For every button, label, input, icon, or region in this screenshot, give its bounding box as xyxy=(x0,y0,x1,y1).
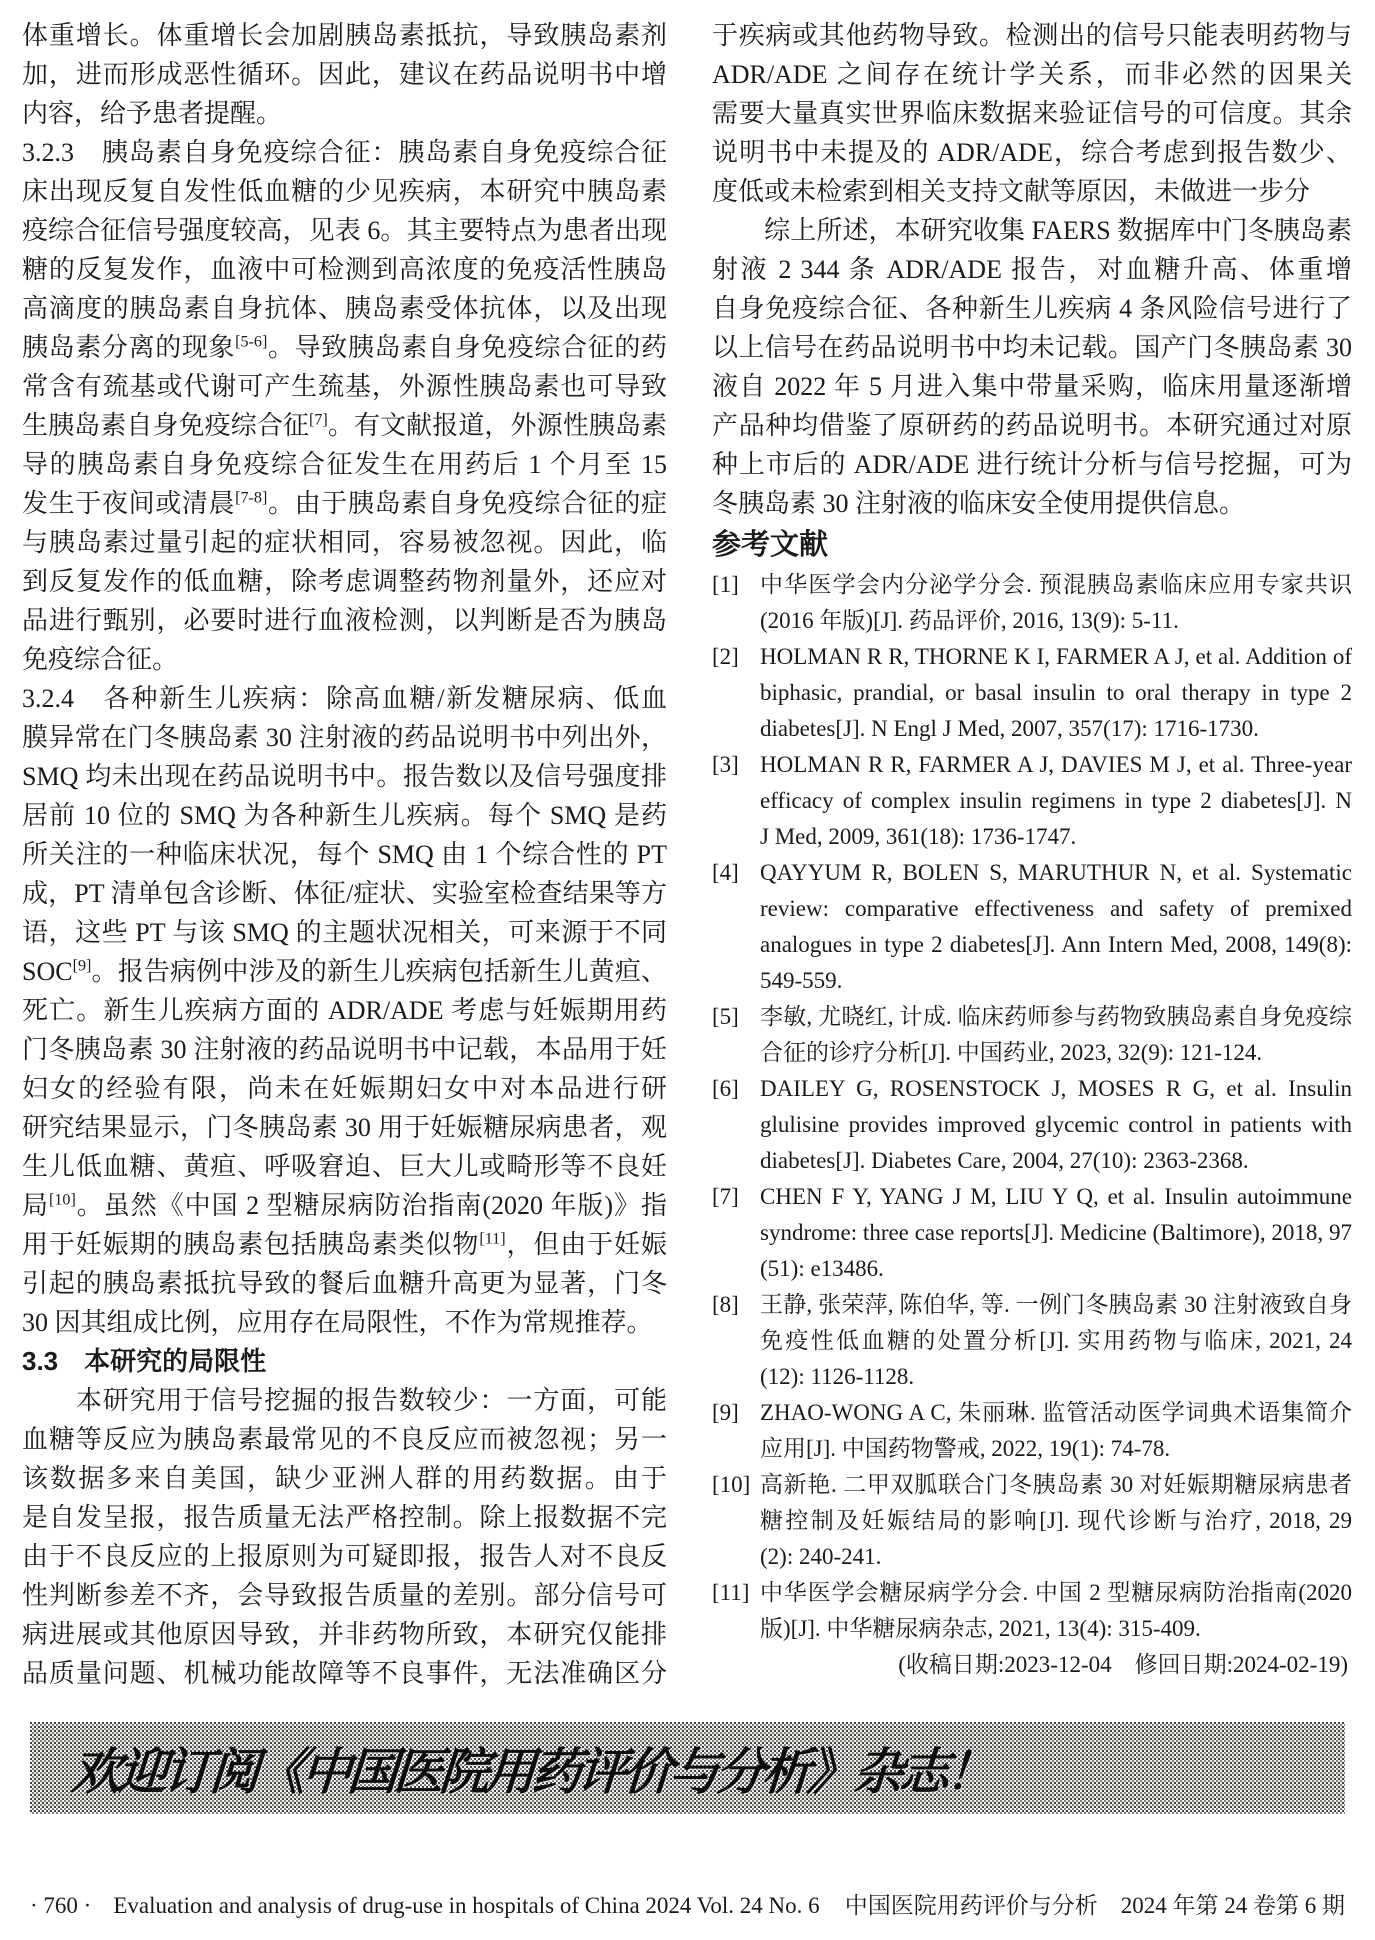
reference-line: 免疫性低血糖的处置分析[J]. 实用药物与临床, 2021, 24 xyxy=(760,1323,1352,1359)
citation-superscript: [11] xyxy=(479,1230,505,1247)
text-line: 用于妊娠期的胰岛素包括胰岛素类似物[11]，但由于妊娠期胎盘 xyxy=(22,1225,667,1264)
text-line: 床出现反复自发性低血糖的少见疾病，本研究中胰岛素自身免 xyxy=(22,172,667,211)
text-line: 3.2.3 胰岛素自身免疫综合征：胰岛素自身免疫综合征是临 xyxy=(22,133,667,172)
journal-page: { "left_column": { "lines": [ {"t": "体重增… xyxy=(0,0,1375,1940)
text-line: 说明书中未提及的 ADR/ADE，综合考虑到报告数少、信号强 xyxy=(712,133,1352,172)
reference-line: (51): e13486. xyxy=(760,1251,1352,1287)
reference-body: 李敏, 尤晓红, 计成. 临床药师参与药物致胰岛素自身免疫综合征的诊疗分析[J]… xyxy=(760,999,1352,1071)
reference-label: [10] xyxy=(712,1467,760,1575)
text-line: 死亡。新生儿疾病方面的 ADR/ADE 考虑与妊娠期用药有关。 xyxy=(22,991,667,1030)
reference-body: 中华医学会内分泌学分会. 预混胰岛素临床应用专家共识(2016 年版)[J]. … xyxy=(760,567,1352,639)
received-revised-dates: (收稿日期:2023-12-04 修回日期:2024-02-19) xyxy=(712,1647,1352,1683)
reference-line: 应用[J]. 中国药物警戒, 2022, 19(1): 74-78. xyxy=(760,1431,1352,1467)
reference-line: 中华医学会内分泌学分会. 预混胰岛素临床应用专家共识 xyxy=(760,567,1352,603)
text-line: 高滴度的胰岛素自身抗体、胰岛素受体抗体，以及出现 C 肽与 xyxy=(22,289,667,328)
left-column: 体重增长。体重增长会加剧胰岛素抵抗，导致胰岛素剂量增加，进而形成恶性循环。因此，… xyxy=(22,16,667,1693)
reference-item: [5]李敏, 尤晓红, 计成. 临床药师参与药物致胰岛素自身免疫综合征的诊疗分析… xyxy=(712,999,1352,1071)
right-column: 于疾病或其他药物导致。检测出的信号只能表明药物与ADR/ADE 之间存在统计学关… xyxy=(712,16,1352,1693)
page-footer: · 760 · Evaluation and analysis of drug-… xyxy=(30,1890,1345,1922)
citation-superscript: [7] xyxy=(309,411,328,428)
reference-line: analogues in type 2 diabetes[J]. Ann Int… xyxy=(760,927,1352,963)
page-number: · 760 · xyxy=(30,1890,91,1922)
text-line: 加，进而形成恶性循环。因此，建议在药品说明书中增加该项 xyxy=(22,55,667,94)
text-line: 是自发呈报，报告质量无法严格控制。除上报数据不完整外， xyxy=(22,1498,667,1537)
text-line: 综上所述，本研究收集 FAERS 数据库中门冬胰岛素 30 注 xyxy=(712,211,1352,250)
text-line: SMQ 均未出现在药品说明书中。报告数以及信号强度排序均 xyxy=(22,757,667,796)
text-line: 局[10]。虽然《中国 2 型糖尿病防治指南(2020 年版)》指出可应 xyxy=(22,1186,667,1225)
text-line: 居前 10 位的 SMQ 为各种新生儿疾病。每个 SMQ 是药物安全 xyxy=(22,796,667,835)
text-line: 冬胰岛素 30 注射液的临床安全使用提供信息。 xyxy=(712,484,1352,523)
reference-body: CHEN F Y, YANG J M, LIU Y Q, et al. Insu… xyxy=(760,1179,1352,1287)
text-line: 到反复发作的低血糖，除考虑调整药物剂量外，还应对所用药 xyxy=(22,562,667,601)
reference-line: efficacy of complex insulin regimens in … xyxy=(760,783,1352,819)
references-list: [1]中华医学会内分泌学分会. 预混胰岛素临床应用专家共识(2016 年版)[J… xyxy=(712,567,1352,1647)
subscription-banner-text: 欢迎订阅《中国医院用药评价与分析》杂志！ xyxy=(27,1732,994,1804)
text-line: 疫综合征信号强度较高，见表 6。其主要特点为患者出现低血 xyxy=(22,211,667,250)
citation-superscript: [7-8] xyxy=(235,489,267,506)
footer-journal-en: Evaluation and analysis of drug-use in h… xyxy=(113,1890,819,1922)
reference-line: biphasic, prandial, or basal insulin to … xyxy=(760,675,1352,711)
text-line: 内容，给予患者提醒。 xyxy=(22,94,667,133)
reference-body: QAYYUM R, BOLEN S, MARUTHUR N, et al. Sy… xyxy=(760,855,1352,999)
text-line: 射液 2 344 条 ADR/ADE 报告，对血糖升高、体重增加、胰岛素 xyxy=(712,250,1352,289)
text-line: 性判断参差不齐，会导致报告质量的差别。部分信号可能由疾 xyxy=(22,1576,667,1615)
text-line: 门冬胰岛素 30 注射液的药品说明书中记载，本品用于妊娠期 xyxy=(22,1030,667,1069)
text-line: 种上市后的 ADR/ADE 进行统计分析与信号挖掘，可为国产门 xyxy=(712,445,1352,484)
reference-line: 549-559. xyxy=(760,963,1352,999)
reference-line: diabetes[J]. Diabetes Care, 2004, 27(10)… xyxy=(760,1143,1352,1179)
section-heading: 3.3 本研究的局限性 xyxy=(22,1342,667,1381)
text-line: 于疾病或其他药物导致。检测出的信号只能表明药物与 xyxy=(712,16,1352,55)
reference-line: 中华医学会糖尿病学分会. 中国 2 型糖尿病防治指南(2020 年 xyxy=(760,1575,1352,1611)
reference-label: [4] xyxy=(712,855,760,999)
reference-line: 王静, 张荣萍, 陈伯华, 等. 一例门冬胰岛素 30 注射液致自身 xyxy=(760,1287,1352,1323)
reference-line: (2): 240-241. xyxy=(760,1539,1352,1575)
reference-line: DAILEY G, ROSENSTOCK J, MOSES R G, et al… xyxy=(760,1071,1352,1107)
text-line: 生儿低血糖、黄疸、呼吸窘迫、巨大儿或畸形等不良妊娠结 xyxy=(22,1147,667,1186)
text-line: 发生于夜间或清晨[7-8]。由于胰岛素自身免疫综合征的症状 xyxy=(22,484,667,523)
reference-item: [8]王静, 张荣萍, 陈伯华, 等. 一例门冬胰岛素 30 注射液致自身免疫性… xyxy=(712,1287,1352,1395)
reference-item: [4]QAYYUM R, BOLEN S, MARUTHUR N, et al.… xyxy=(712,855,1352,999)
reference-line: 高新艳. 二甲双胍联合门冬胰岛素 30 对妊娠期糖尿病患者血 xyxy=(760,1467,1352,1503)
reference-line: CHEN F Y, YANG J M, LIU Y Q, et al. Insu… xyxy=(760,1179,1352,1215)
reference-line: HOLMAN R R, FARMER A J, DAVIES M J, et a… xyxy=(760,747,1352,783)
reference-label: [3] xyxy=(712,747,760,855)
text-line: 病进展或其他原因导致，并非药物所致，本研究仅能排除如产 xyxy=(22,1615,667,1654)
reference-label: [9] xyxy=(712,1395,760,1467)
citation-superscript: [5-6] xyxy=(235,333,267,350)
text-line: 以上信号在药品说明书中均未记载。国产门冬胰岛素 30 注射 xyxy=(712,328,1352,367)
reference-item: [6]DAILEY G, ROSENSTOCK J, MOSES R G, et… xyxy=(712,1071,1352,1179)
reference-item: [1]中华医学会内分泌学分会. 预混胰岛素临床应用专家共识(2016 年版)[J… xyxy=(712,567,1352,639)
reference-line: review: comparative effectiveness and sa… xyxy=(760,891,1352,927)
reference-label: [7] xyxy=(712,1179,760,1287)
text-line: 该数据多来自美国，缺少亚洲人群的用药数据。由于 FAERS xyxy=(22,1459,667,1498)
text-line: 3.2.4 各种新生儿疾病：除高血糖/新发糖尿病、低血糖、视网 xyxy=(22,679,667,718)
text-line: 由于不良反应的上报原则为可疑即报，报告人对不良反应关联 xyxy=(22,1537,667,1576)
text-line: 引起的胰岛素抵抗导致的餐后血糖升高更为显著，门冬胰岛素 xyxy=(22,1264,667,1303)
text-line: 本研究用于信号挖掘的报告数较少：一方面，可能由于低 xyxy=(22,1381,667,1420)
reference-body: 王静, 张荣萍, 陈伯华, 等. 一例门冬胰岛素 30 注射液致自身免疫性低血糖… xyxy=(760,1287,1352,1395)
reference-line: diabetes[J]. N Engl J Med, 2007, 357(17)… xyxy=(760,711,1352,747)
reference-line: 合征的诊疗分析[J]. 中国药业, 2023, 32(9): 121-124. xyxy=(760,1035,1352,1071)
reference-item: [7]CHEN F Y, YANG J M, LIU Y Q, et al. I… xyxy=(712,1179,1352,1287)
reference-line: J Med, 2009, 361(18): 1736-1747. xyxy=(760,819,1352,855)
reference-item: [2]HOLMAN R R, THORNE K I, FARMER A J, e… xyxy=(712,639,1352,747)
text-line: 胰岛素分离的现象[5-6]。导致胰岛素自身免疫综合征的药物 xyxy=(22,328,667,367)
footer-journal-cn: 中国医院用药评价与分析 2024 年第 24 卷第 6 期 xyxy=(845,1890,1345,1922)
reference-line: (2016 年版)[J]. 药品评价, 2016, 13(9): 5-11. xyxy=(760,603,1352,639)
text-line: 自身免疫综合征、各种新生儿疾病 4 条风险信号进行了分析， xyxy=(712,289,1352,328)
references-heading: 参考文献 xyxy=(712,523,1352,567)
reference-body: ZHAO-WONG A C, 朱丽琳. 监管活动医学词典术语集简介与应用[J].… xyxy=(760,1395,1352,1467)
reference-item: [3]HOLMAN R R, FARMER A J, DAVIES M J, e… xyxy=(712,747,1352,855)
text-line: ADR/ADE 之间存在统计学关系，而非必然的因果关系，因此， xyxy=(712,55,1352,94)
footer-left: · 760 · Evaluation and analysis of drug-… xyxy=(30,1890,820,1922)
text-line: 与胰岛素过量引起的症状相同，容易被忽视。因此，临床中遇 xyxy=(22,523,667,562)
reference-line: syndrome: three case reports[J]. Medicin… xyxy=(760,1215,1352,1251)
text-line: 品进行甄别，必要时进行血液检测，以判断是否为胰岛素自身 xyxy=(22,601,667,640)
text-line: 膜异常在门冬胰岛素 30 注射液的药品说明书中列出外，其余 xyxy=(22,718,667,757)
text-line: 品质量问题、机械功能故障等不良事件，无法准确区分是否由 xyxy=(22,1654,667,1693)
reference-line: ZHAO-WONG A C, 朱丽琳. 监管活动医学词典术语集简介与 xyxy=(760,1395,1352,1431)
reference-label: [1] xyxy=(712,567,760,639)
text-line: 常含有巯基或代谢可产生巯基，外源性胰岛素也可导致患者发 xyxy=(22,367,667,406)
reference-label: [5] xyxy=(712,999,760,1071)
reference-body: HOLMAN R R, THORNE K I, FARMER A J, et a… xyxy=(760,639,1352,747)
reference-line: 糖控制及妊娠结局的影响[J]. 现代诊断与治疗, 2018, 29 xyxy=(760,1503,1352,1539)
citation-superscript: [9] xyxy=(73,957,92,974)
reference-item: [9]ZHAO-WONG A C, 朱丽琳. 监管活动医学词典术语集简介与应用[… xyxy=(712,1395,1352,1467)
text-line: 导的胰岛素自身免疫综合征发生在用药后 1 个月至 15 年，多 xyxy=(22,445,667,484)
text-line: 免疫综合征。 xyxy=(22,640,667,679)
citation-superscript: [10] xyxy=(49,1191,76,1208)
subscription-banner: 欢迎订阅《中国医院用药评价与分析》杂志！ xyxy=(30,1722,1345,1814)
reference-item: [10]高新艳. 二甲双胍联合门冬胰岛素 30 对妊娠期糖尿病患者血糖控制及妊娠… xyxy=(712,1467,1352,1575)
reference-body: HOLMAN R R, FARMER A J, DAVIES M J, et a… xyxy=(760,747,1352,855)
text-line: 所关注的一种临床状况，每个 SMQ 由 1 个综合性的 PT 清单组 xyxy=(22,835,667,874)
reference-label: [8] xyxy=(712,1287,760,1395)
reference-line: QAYYUM R, BOLEN S, MARUTHUR N, et al. Sy… xyxy=(760,855,1352,891)
reference-body: DAILEY G, ROSENSTOCK J, MOSES R G, et al… xyxy=(760,1071,1352,1179)
reference-label: [11] xyxy=(712,1575,760,1647)
text-line: 30 因其组成比例，应用存在局限性，不作为常规推荐。 xyxy=(22,1303,667,1342)
text-line: 糖的反复发作，血液中可检测到高浓度的免疫活性胰岛素以及 xyxy=(22,250,667,289)
text-line: 产品种均借鉴了原研药的药品说明书。本研究通过对原研品 xyxy=(712,406,1352,445)
text-line: 语，这些 PT 与该 SMQ 的主题状况相关，可来源于不同的 xyxy=(22,913,667,952)
reference-body: 高新艳. 二甲双胍联合门冬胰岛素 30 对妊娠期糖尿病患者血糖控制及妊娠结局的影… xyxy=(760,1467,1352,1575)
reference-line: glulisine provides improved glycemic con… xyxy=(760,1107,1352,1143)
text-line: 妇女的经验有限，尚未在妊娠期妇女中对本品进行研究。临床 xyxy=(22,1069,667,1108)
text-line: 生胰岛素自身免疫综合征[7]。有文献报道，外源性胰岛素诱 xyxy=(22,406,667,445)
text-line: 研究结果显示，门冬胰岛素 30 用于妊娠糖尿病患者，观察到新 xyxy=(22,1108,667,1147)
reference-body: 中华医学会糖尿病学分会. 中国 2 型糖尿病防治指南(2020 年版)[J]. … xyxy=(760,1575,1352,1647)
text-line: 体重增长。体重增长会加剧胰岛素抵抗，导致胰岛素剂量增 xyxy=(22,16,667,55)
reference-line: 李敏, 尤晓红, 计成. 临床药师参与药物致胰岛素自身免疫综 xyxy=(760,999,1352,1035)
reference-line: 版)[J]. 中华糖尿病杂志, 2021, 13(4): 315-409. xyxy=(760,1611,1352,1647)
text-line: 液自 2022 年 5 月进入集中带量采购，临床用量逐渐增多，而国 xyxy=(712,367,1352,406)
text-line: 成，PT 清单包含诊断、体征/症状、实验室检查结果等方面的术 xyxy=(22,874,667,913)
reference-label: [2] xyxy=(712,639,760,747)
reference-line: HOLMAN R R, THORNE K I, FARMER A J, et a… xyxy=(760,639,1352,675)
reference-line: (12): 1126-1128. xyxy=(760,1359,1352,1395)
reference-label: [6] xyxy=(712,1071,760,1179)
text-line: 需要大量真实世界临床数据来验证信号的可信度。其余药品 xyxy=(712,94,1352,133)
right-column-text: 于疾病或其他药物导致。检测出的信号只能表明药物与ADR/ADE 之间存在统计学关… xyxy=(712,16,1352,523)
text-line: 度低或未检索到相关支持文献等原因，未做进一步分析。 xyxy=(712,172,1352,211)
text-line: 血糖等反应为胰岛素最常见的不良反应而被忽视；另一方面， xyxy=(22,1420,667,1459)
reference-item: [11]中华医学会糖尿病学分会. 中国 2 型糖尿病防治指南(2020 年版)[… xyxy=(712,1575,1352,1647)
two-column-text-area: 体重增长。体重增长会加剧胰岛素抵抗，导致胰岛素剂量增加，进而形成恶性循环。因此，… xyxy=(22,16,1352,1693)
text-line: SOC[9]。报告病例中涉及的新生儿疾病包括新生儿黄疸、胎儿 xyxy=(22,952,667,991)
